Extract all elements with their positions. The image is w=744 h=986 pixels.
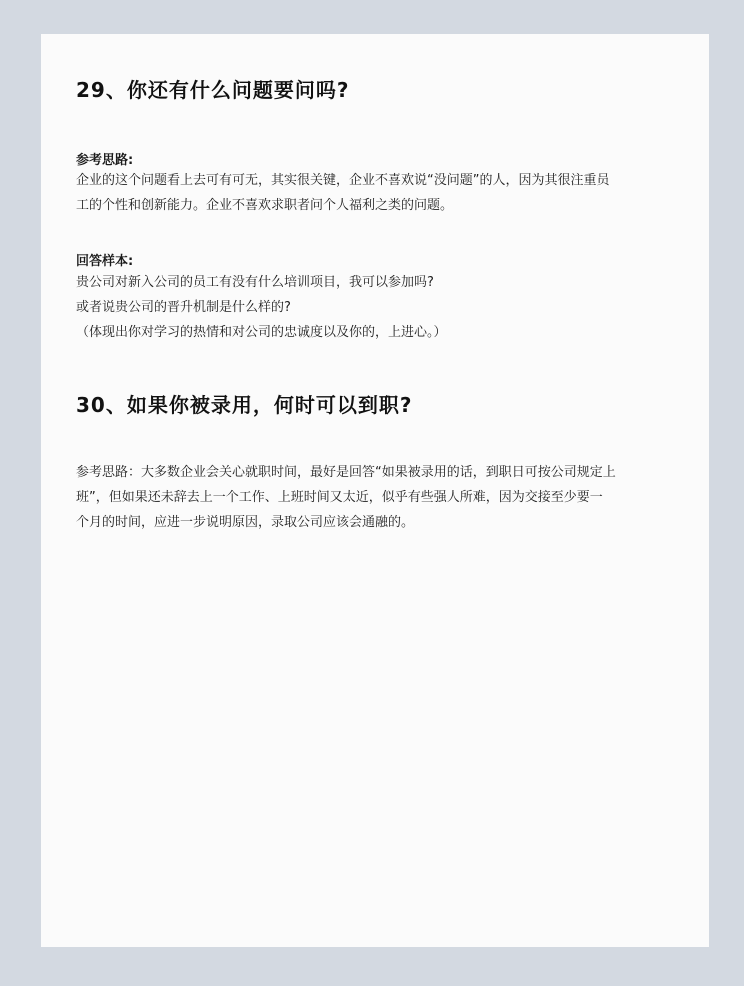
q29-approach-text: 企业的这个问题看上去可有可无，其实很关键，企业不喜欢说“没问题”的人，因为其很注… bbox=[76, 168, 676, 218]
q29-approach-line: 企业的这个问题看上去可有可无，其实很关键，企业不喜欢说“没问题”的人，因为其很注… bbox=[76, 168, 676, 193]
q29-approach-label: 参考思路: bbox=[76, 149, 133, 168]
q29-sample-line: 贵公司对新入公司的员工有没有什么培训项目，我可以参加吗? bbox=[76, 270, 676, 295]
q30-approach-text: 参考思路：大多数企业会关心就职时间，最好是回答“如果被录用的话，到职日可按公司规… bbox=[76, 460, 676, 535]
question-29-title: 29、你还有什么问题要问吗? bbox=[76, 74, 349, 103]
q29-approach-line: 工的个性和创新能力。企业不喜欢求职者问个人福利之类的问题。 bbox=[76, 193, 676, 218]
q29-sample-line: 或者说贵公司的晋升机制是什么样的? bbox=[76, 295, 676, 320]
q30-approach-line: 参考思路：大多数企业会关心就职时间，最好是回答“如果被录用的话，到职日可按公司规… bbox=[76, 460, 676, 485]
document-card: 29、你还有什么问题要问吗? 参考思路: 企业的这个问题看上去可有可无，其实很关… bbox=[41, 34, 709, 947]
q29-sample-text: 贵公司对新入公司的员工有没有什么培训项目，我可以参加吗? 或者说贵公司的晋升机制… bbox=[76, 270, 676, 345]
q30-approach-line: 班”，但如果还未辞去上一个工作、上班时间又太近，似乎有些强人所难，因为交接至少要… bbox=[76, 485, 676, 510]
q30-approach-line: 个月的时间，应进一步说明原因，录取公司应该会通融的。 bbox=[76, 510, 676, 535]
q29-sample-label: 回答样本: bbox=[76, 250, 133, 269]
question-30-title: 30、如果你被录用，何时可以到职? bbox=[76, 389, 412, 418]
q29-sample-line: （体现出你对学习的热情和对公司的忠诚度以及你的，上进心。） bbox=[76, 320, 676, 345]
